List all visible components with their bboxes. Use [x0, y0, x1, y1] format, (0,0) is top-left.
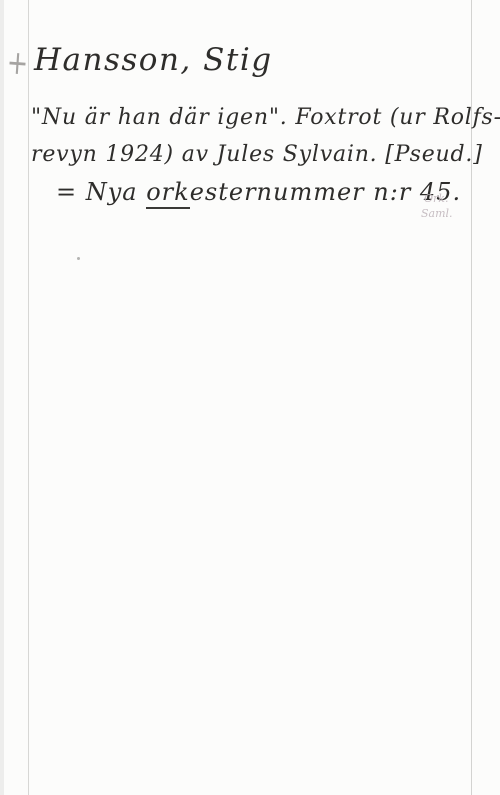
- pencil-note-line1: Ork.: [424, 191, 453, 206]
- card-heading: Hansson, Stig: [34, 42, 273, 78]
- pencil-shelfmark-note: Ork. Saml.: [424, 191, 453, 221]
- series-line-rest: esternummer n:r 45.: [190, 178, 461, 206]
- title-line-2: revyn 1924) av Jules Sylvain. [Pseud.]: [31, 142, 483, 167]
- series-line-prefix: = Nya: [56, 178, 146, 206]
- catalog-card-scan: + Hansson, Stig "Nu är han där igen". Fo…: [0, 0, 500, 795]
- paper-speck: [77, 257, 80, 260]
- pencil-note-line2: Saml.: [421, 206, 453, 221]
- series-line-underlined: ork: [146, 178, 189, 209]
- series-line: = Nya orkesternummer n:r 45.: [56, 178, 461, 206]
- left-rule-line: [28, 0, 29, 795]
- title-line-1: "Nu är han där igen". Foxtrot (ur Rolfs-: [31, 105, 500, 130]
- scan-edge-strip: [0, 0, 4, 795]
- margin-plus-mark: +: [6, 44, 30, 84]
